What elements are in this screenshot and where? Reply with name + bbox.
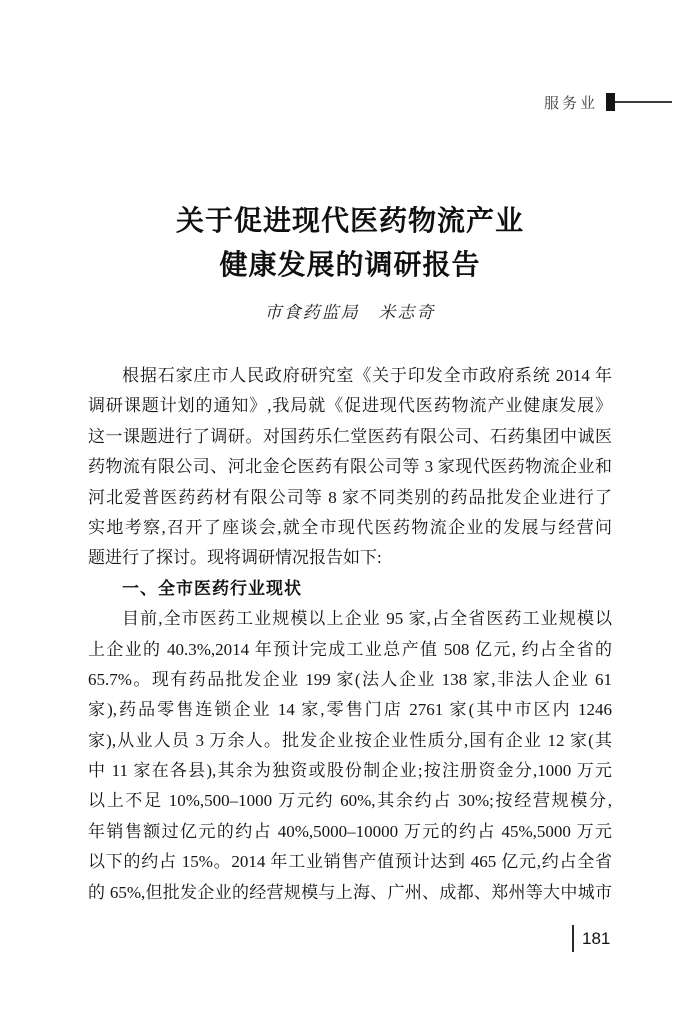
body-line: 以下的约占 15%。2014 年工业销售产值预计达到 465 亿元,约占全省: [88, 847, 612, 877]
section-label: 服务业: [544, 92, 598, 113]
header-marker-bar: [606, 93, 615, 111]
body-line: 65.7%。现有药品批发企业 199 家(法人企业 138 家,非法人企业 61: [88, 665, 612, 695]
body-line: 上企业的 40.3%,2014 年预计完成工业总产值 508 亿元, 约占全省的: [88, 635, 612, 665]
folio: 181: [572, 925, 610, 952]
document-page: 服务业 关于促进现代医药物流产业 健康发展的调研报告 市食药监局 米志奇 根据石…: [0, 0, 700, 1013]
body-line: 年销售额过亿元的约占 40%,5000–10000 万元的约占 45%,5000…: [88, 817, 612, 847]
body-heading-line: 一、全市医药行业现状: [88, 574, 612, 604]
body-line: 以上不足 10%,500–1000 万元约 60%,其余约占 30%;按经营规模…: [88, 786, 612, 816]
body-line: 家),药品零售连锁企业 14 家,零售门店 2761 家(其中市区内 1246: [88, 695, 612, 725]
byline: 市食药监局 米志奇: [0, 298, 700, 323]
body-line: 根据石家庄市人民政府研究室《关于印发全市政府系统 2014 年: [88, 361, 612, 391]
body-line: 目前,全市医药工业规模以上企业 95 家,占全省医药工业规模以: [88, 604, 612, 634]
body-line: 这一课题进行了调研。对国药乐仁堂医药有限公司、石药集团中诚医: [88, 422, 612, 452]
body-line: 药物流有限公司、河北金仑医药有限公司等 3 家现代医药物流企业和: [88, 452, 612, 482]
body-line: 家),从业人员 3 万余人。批发企业按企业性质分,国有企业 12 家(其: [88, 726, 612, 756]
body-line: 题进行了探讨。现将调研情况报告如下:: [88, 543, 612, 573]
body-line: 调研课题计划的通知》,我局就《促进现代医药物流产业健康发展》: [88, 391, 612, 421]
article-title-line-2: 健康发展的调研报告: [0, 244, 700, 288]
body-text: 根据石家庄市人民政府研究室《关于印发全市政府系统 2014 年调研课题计划的通知…: [88, 361, 612, 908]
article-title: 关于促进现代医药物流产业 健康发展的调研报告: [0, 200, 700, 288]
body-line: 的 65%,但批发企业的经营规模与上海、广州、成都、郑州等大中城市: [88, 878, 612, 908]
body-line: 实地考察,召开了座谈会,就全市现代医药物流企业的发展与经营问: [88, 513, 612, 543]
folio-rule: [572, 925, 574, 952]
page-number: 181: [582, 929, 610, 949]
article-title-line-1: 关于促进现代医药物流产业: [0, 200, 700, 244]
header-rule-line: [615, 101, 672, 103]
body-line: 河北爱普医药药材有限公司等 8 家不同类别的药品批发企业进行了: [88, 483, 612, 513]
running-header: 服务业: [544, 90, 672, 114]
body-line: 中 11 家在各县),其余为独资或股份制企业;按注册资金分,1000 万元: [88, 756, 612, 786]
